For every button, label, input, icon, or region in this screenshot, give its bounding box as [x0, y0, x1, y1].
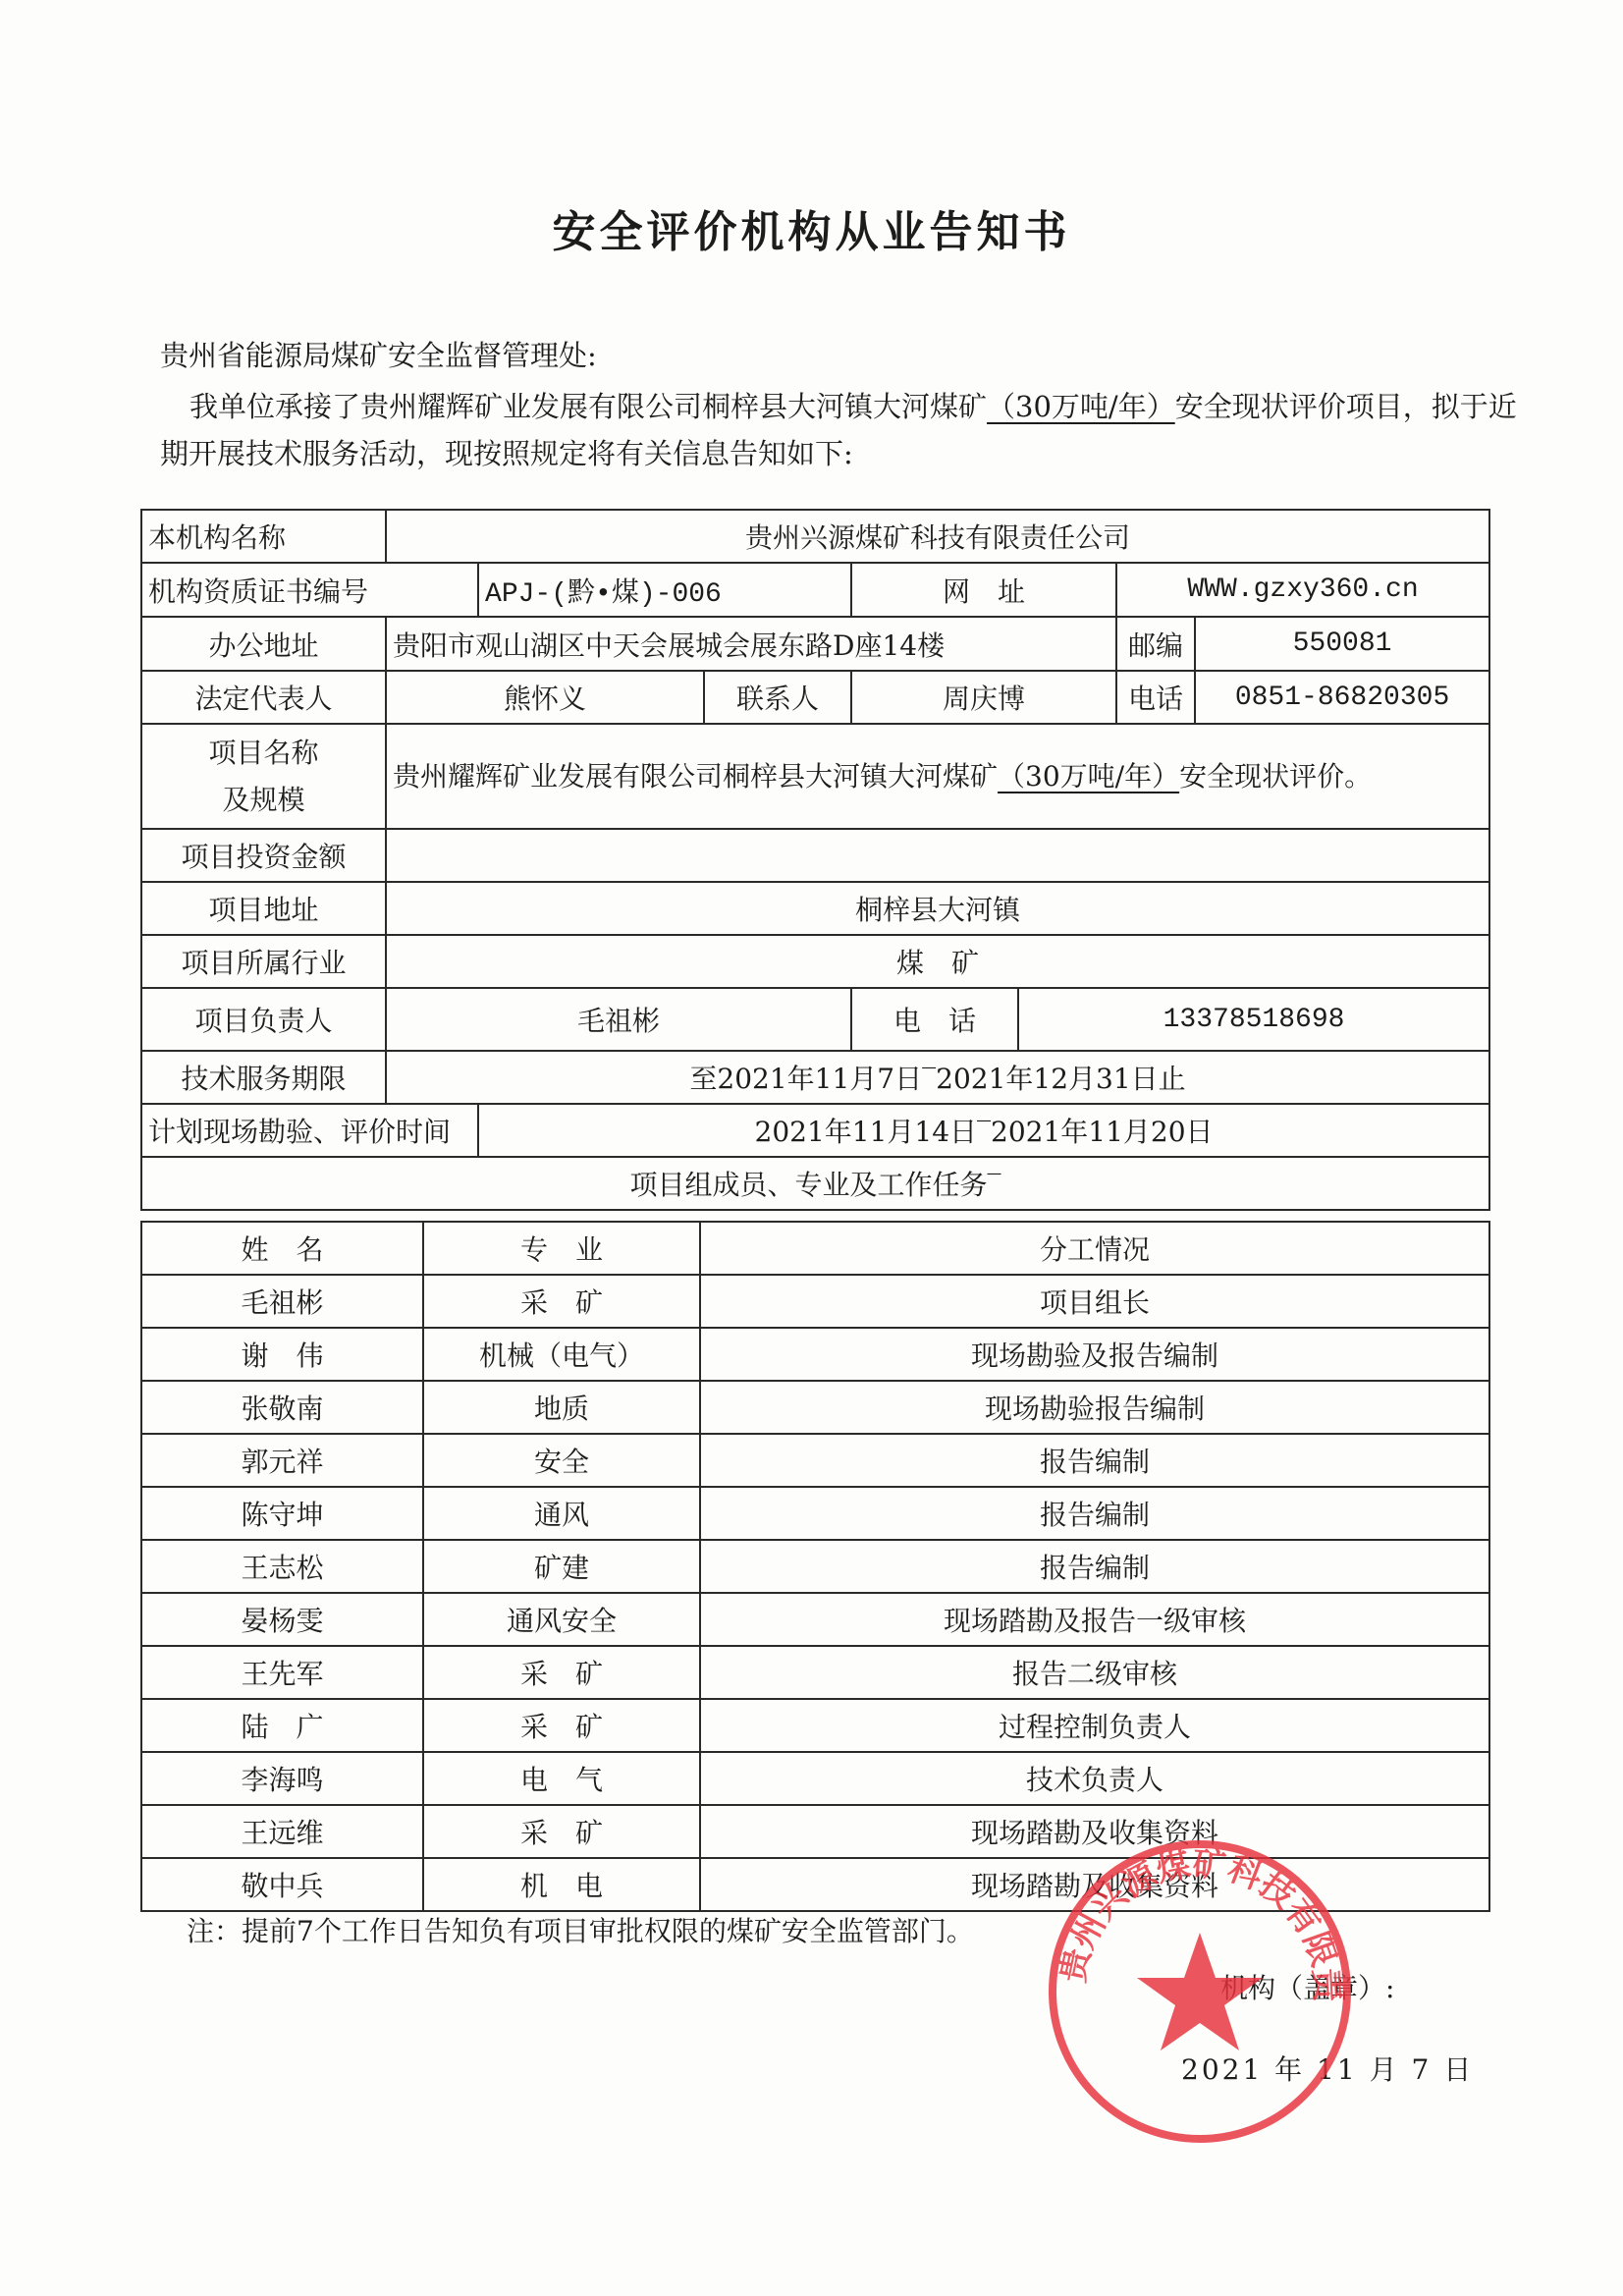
intro-paragraph: 我单位承接了贵州耀辉矿业发展有限公司桐梓县大河镇大河煤矿（30万吨/年）安全现状… — [160, 383, 1544, 477]
table-row: 敬中兵机 电现场踏勘及收集资料 — [141, 1858, 1489, 1911]
investment-value — [386, 829, 1489, 882]
website-value: WWW.gzxy360.cn — [1116, 563, 1489, 617]
member-specialty: 电 气 — [423, 1752, 700, 1805]
member-name: 晏杨雯 — [141, 1593, 423, 1646]
issue-date: 2021 年 11 月 7 日 — [1181, 2049, 1474, 2088]
project-name-row: 项目名称及规模 贵州耀辉矿业发展有限公司桐梓县大河镇大河煤矿（30万吨/年）安全… — [141, 724, 1489, 829]
cert-value: APJ-(黔•煤)-006 — [478, 563, 851, 617]
project-name-text: 贵州耀辉矿业发展有限公司桐梓县大河镇大河煤矿 — [393, 760, 998, 793]
address-value: 贵阳市观山湖区中天会展城会展东路D座14楼 — [386, 617, 1116, 671]
leader-phone-label: 电 话 — [851, 988, 1018, 1051]
table-row: 王志松矿建报告编制 — [141, 1540, 1489, 1593]
industry-value: 煤 矿 — [386, 935, 1489, 988]
phone-label: 电话 — [1116, 671, 1195, 724]
member-name: 王志松 — [141, 1540, 423, 1593]
document-title: 安全评价机构从业告知书 — [0, 196, 1623, 259]
member-name: 陈守坤 — [141, 1487, 423, 1540]
team-table: 姓 名 专 业 分工情况 毛祖彬采 矿项目组长 谢 伟机械（电气）现场勘验及报告… — [140, 1221, 1490, 1912]
member-specialty: 采 矿 — [423, 1805, 700, 1858]
member-duty: 报告编制 — [700, 1487, 1489, 1540]
table-row: 李海鸣电 气技术负责人 — [141, 1752, 1489, 1805]
member-duty: 现场勘验及报告编制 — [700, 1328, 1489, 1381]
member-specialty: 机 电 — [423, 1858, 700, 1911]
survey-time-label: 计划现场勘验、评价时间 — [141, 1104, 478, 1157]
project-name-label: 项目名称及规模 — [141, 724, 386, 829]
org-name-row: 本机构名称 贵州兴源煤矿科技有限责任公司 — [141, 510, 1489, 563]
table-row: 王先军采 矿报告二级审核 — [141, 1646, 1489, 1699]
member-specialty: 矿建 — [423, 1540, 700, 1593]
postcode-value: 550081 — [1195, 617, 1489, 671]
org-rep-row: 法定代表人 熊怀义 联系人 周庆博 电话 0851-86820305 — [141, 671, 1489, 724]
member-name: 郭元祥 — [141, 1434, 423, 1487]
legal-rep-label: 法定代表人 — [141, 671, 386, 724]
project-address-row: 项目地址 桐梓县大河镇 — [141, 882, 1489, 935]
project-scale: （30万吨/年） — [998, 760, 1179, 793]
member-name: 王先军 — [141, 1646, 423, 1699]
table-row: 郭元祥安全报告编制 — [141, 1434, 1489, 1487]
contact-value: 周庆博 — [851, 671, 1116, 724]
team-heading: 项目组成员、专业及工作任务‾ — [141, 1157, 1489, 1210]
footnote: 注：提前7个工作日告知负有项目审批权限的煤矿安全监管部门。 — [187, 1910, 974, 1949]
cert-label: 机构资质证书编号 — [141, 563, 478, 617]
member-name: 李海鸣 — [141, 1752, 423, 1805]
intro-scale: （30万吨/年） — [987, 390, 1175, 423]
col-header-specialty: 专 业 — [423, 1222, 700, 1275]
member-name: 张敬南 — [141, 1381, 423, 1434]
member-specialty: 采 矿 — [423, 1275, 700, 1328]
member-duty: 现场踏勘及报告一级审核 — [700, 1593, 1489, 1646]
leader-value: 毛祖彬 — [386, 988, 851, 1051]
member-duty: 现场踏勘及收集资料 — [700, 1805, 1489, 1858]
member-duty: 技术负责人 — [700, 1752, 1489, 1805]
investment-label: 项目投资金额 — [141, 829, 386, 882]
member-specialty: 采 矿 — [423, 1646, 700, 1699]
phone-value: 0851-86820305 — [1195, 671, 1489, 724]
member-duty: 现场踏勘及收集资料 — [700, 1858, 1489, 1911]
member-duty: 报告编制 — [700, 1540, 1489, 1593]
member-duty: 报告编制 — [700, 1434, 1489, 1487]
leader-phone-value: 13378518698 — [1018, 988, 1489, 1051]
industry-label: 项目所属行业 — [141, 935, 386, 988]
project-name-value: 贵州耀辉矿业发展有限公司桐梓县大河镇大河煤矿（30万吨/年）安全现状评价。 — [386, 724, 1489, 829]
survey-time-value: 2021年11月14日‾2021年11月20日 — [478, 1104, 1489, 1157]
project-address-value: 桐梓县大河镇 — [386, 882, 1489, 935]
intro-text-before: 我单位承接了贵州耀辉矿业发展有限公司桐梓县大河镇大河煤矿 — [189, 390, 987, 423]
col-header-name: 姓 名 — [141, 1222, 423, 1275]
member-name: 毛祖彬 — [141, 1275, 423, 1328]
address-label: 办公地址 — [141, 617, 386, 671]
table-row: 晏杨雯通风安全现场踏勘及报告一级审核 — [141, 1593, 1489, 1646]
project-name-suffix: 安全现状评价。 — [1179, 760, 1372, 793]
table-row: 张敬南地质现场勘验报告编制 — [141, 1381, 1489, 1434]
project-name-label-line2: 及规模 — [223, 784, 305, 816]
team-header-row: 姓 名 专 业 分工情况 — [141, 1222, 1489, 1275]
member-duty: 项目组长 — [700, 1275, 1489, 1328]
contact-label: 联系人 — [704, 671, 851, 724]
member-specialty: 通风安全 — [423, 1593, 700, 1646]
member-specialty: 安全 — [423, 1434, 700, 1487]
website-label: 网 址 — [851, 563, 1116, 617]
legal-rep-value: 熊怀义 — [386, 671, 704, 724]
org-address-row: 办公地址 贵阳市观山湖区中天会展城会展东路D座14楼 邮编 550081 — [141, 617, 1489, 671]
table-row: 王远维采 矿现场踏勘及收集资料 — [141, 1805, 1489, 1858]
survey-time-row: 计划现场勘验、评价时间 2021年11月14日‾2021年11月20日 — [141, 1104, 1489, 1157]
member-name: 陆 广 — [141, 1699, 423, 1752]
postcode-label: 邮编 — [1116, 617, 1195, 671]
org-name-value: 贵州兴源煤矿科技有限责任公司 — [386, 510, 1489, 563]
service-period-value: 至2021年11月7日‾2021年12月31日止 — [386, 1051, 1489, 1104]
table-row: 谢 伟机械（电气）现场勘验及报告编制 — [141, 1328, 1489, 1381]
member-name: 王远维 — [141, 1805, 423, 1858]
col-header-duty: 分工情况 — [700, 1222, 1489, 1275]
table-row: 毛祖彬采 矿项目组长 — [141, 1275, 1489, 1328]
member-duty: 过程控制负责人 — [700, 1699, 1489, 1752]
member-name: 谢 伟 — [141, 1328, 423, 1381]
project-name-label-line1: 项目名称 — [209, 737, 319, 769]
member-specialty: 通风 — [423, 1487, 700, 1540]
member-name: 敬中兵 — [141, 1858, 423, 1911]
org-name-label: 本机构名称 — [141, 510, 386, 563]
table-row: 陆 广采 矿过程控制负责人 — [141, 1699, 1489, 1752]
service-period-label: 技术服务期限 — [141, 1051, 386, 1104]
member-specialty: 采 矿 — [423, 1699, 700, 1752]
member-duty: 现场勘验报告编制 — [700, 1381, 1489, 1434]
investment-row: 项目投资金额 — [141, 829, 1489, 882]
org-cert-row: 机构资质证书编号 APJ-(黔•煤)-006 网 址 WWW.gzxy360.c… — [141, 563, 1489, 617]
member-duty: 报告二级审核 — [700, 1646, 1489, 1699]
leader-row: 项目负责人 毛祖彬 电 话 13378518698 — [141, 988, 1489, 1051]
project-address-label: 项目地址 — [141, 882, 386, 935]
table-row: 陈守坤通风报告编制 — [141, 1487, 1489, 1540]
notice-table: 本机构名称 贵州兴源煤矿科技有限责任公司 机构资质证书编号 APJ-(黔•煤)-… — [140, 509, 1490, 1211]
member-specialty: 地质 — [423, 1381, 700, 1434]
leader-label: 项目负责人 — [141, 988, 386, 1051]
addressee: 贵州省能源局煤矿安全监督管理处: — [160, 334, 597, 374]
signature-label: 机构（盖章）: — [1220, 1967, 1394, 2006]
industry-row: 项目所属行业 煤 矿 — [141, 935, 1489, 988]
service-period-row: 技术服务期限 至2021年11月7日‾2021年12月31日止 — [141, 1051, 1489, 1104]
team-heading-row: 项目组成员、专业及工作任务‾ — [141, 1157, 1489, 1210]
member-specialty: 机械（电气） — [423, 1328, 700, 1381]
